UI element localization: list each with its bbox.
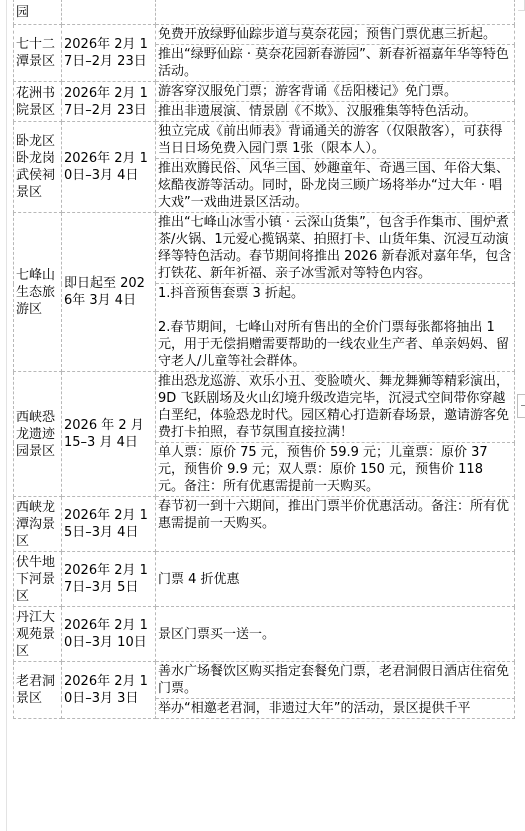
date-cell: 即日起至 2026年 3月 4日 [62, 213, 156, 372]
scenic-name-cell: 丹江大观苑景区 [14, 607, 62, 662]
activity-cell [156, 0, 515, 25]
scenic-promotions-table: 园 七十二潭景区 2026年 2月 17日–2月 23日 免费开放绿野仙踪步道与… [13, 0, 515, 719]
activity-cell: 善水广场餐饮区购买指定套餐免门票，老君洞假日酒店住宿免门票。 [156, 662, 515, 699]
date-cell: 2026年 2月 10日–3月 10日 [62, 607, 156, 662]
date-cell: 2026年 2月 17日–2月 23日 [62, 82, 156, 122]
page-side-handle[interactable] [517, 394, 525, 418]
scenic-name-cell: 老君洞景区 [14, 662, 62, 719]
activity-cell: 推出恐龙巡游、欢乐小丑、变脸喷火、舞龙舞狮等精彩演出，9D 飞跃剧场及火山幻境升… [156, 372, 515, 443]
activity-cell: 独立完成《前出师表》背诵通关的游客（仅限散客），可获得当日日场免费入园门票 1张… [156, 122, 515, 159]
activity-cell: 1.抖音预售套票 3 折起。 2.春节期间，七峰山对所有售出的全价门票每张都将抽… [156, 284, 515, 372]
activity-cell: 推出“绿野仙踪 · 莫奈花园新春游园”、新春祈福嘉年华等特色活动。 [156, 45, 515, 82]
table-row: 老君洞景区 2026年 2月 10日–3月 3日 善水广场餐饮区购买指定套餐免门… [14, 662, 515, 699]
table-row: 花洲书院景区 2026年 2月 17日–2月 23日 游客穿汉服免门票；游客背诵… [14, 82, 515, 102]
date-cell: 2026年 2月 17日–2月 23日 [62, 25, 156, 82]
table-row: 西峡龙潭沟景区 2026年 2月 15日–3月 4日 春节初一到十六期间，推出门… [14, 497, 515, 552]
table-row: 七十二潭景区 2026年 2月 17日–2月 23日 免费开放绿野仙踪步道与莫奈… [14, 25, 515, 45]
document-page: 园 七十二潭景区 2026年 2月 17日–2月 23日 免费开放绿野仙踪步道与… [0, 0, 525, 831]
scenic-name-cell: 卧龙区卧龙岗武侯祠景区 [14, 122, 62, 213]
scenic-name-cell: 七十二潭景区 [14, 25, 62, 82]
promo-line: 2.春节期间，七峰山对所有售出的全价门票每张都将抽出 1元，用于无偿捐赠需要帮助… [158, 320, 509, 369]
activity-cell: 推出欢腾民俗、风华三国、妙趣童年、奇遇三国、年俗大集、炫酷夜游等活动。同时，卧龙… [156, 159, 515, 213]
activity-cell: 景区门票买一送一。 [156, 607, 515, 662]
table-row: 伏牛地下河景区 2026年 2月 17日–3月 5日 门票 4 折优惠 [14, 552, 515, 607]
table-row: 园 [14, 0, 515, 25]
activity-cell: 春节初一到十六期间，推出门票半价优惠活动。备注：所有优惠需提前一天购买。 [156, 497, 515, 552]
table-row: 西峡恐龙遗迹园景区 2026 年 2 月 15–3 月 4日 推出恐龙巡游、欢乐… [14, 372, 515, 443]
promo-line: 1.抖音预售套票 3 折起。 [158, 286, 304, 301]
scenic-name-cell: 花洲书院景区 [14, 82, 62, 122]
activity-cell: 推出“七峰山冰雪小镇 · 云深山货集”，包含手作集市、围炉煮茶/火锅、1元爱心揽… [156, 213, 515, 284]
date-cell: 2026年 2月 15日–3月 4日 [62, 497, 156, 552]
page-corner-mark [518, 0, 525, 11]
activity-cell: 单人票：原价 75 元，预售价 59.9 元；儿童票：原价 37 元，预售价 9… [156, 443, 515, 497]
scenic-name-cell: 园 [14, 0, 62, 25]
table-row: 丹江大观苑景区 2026年 2月 10日–3月 10日 景区门票买一送一。 [14, 607, 515, 662]
date-cell: 2026年 2月 17日–3月 5日 [62, 552, 156, 607]
table-row: 卧龙区卧龙岗武侯祠景区 2026年 2月 10日–3月 4日 独立完成《前出师表… [14, 122, 515, 159]
scenic-name-cell: 西峡龙潭沟景区 [14, 497, 62, 552]
date-cell [62, 0, 156, 25]
paragraph-gap [158, 302, 512, 319]
date-cell: 2026年 2月 10日–3月 3日 [62, 662, 156, 719]
scenic-name-cell: 西峡恐龙遗迹园景区 [14, 372, 62, 497]
scenic-name-cell: 伏牛地下河景区 [14, 552, 62, 607]
scenic-name-cell: 七峰山生态旅游区 [14, 213, 62, 372]
activity-cell: 门票 4 折优惠 [156, 552, 515, 607]
activity-cell: 推出非遗展演、情景剧《不欺》、汉服雅集等特色活动。 [156, 102, 515, 122]
page-margin-line [6, 0, 7, 831]
date-cell: 2026 年 2 月 15–3 月 4日 [62, 372, 156, 497]
table-row: 七峰山生态旅游区 即日起至 2026年 3月 4日 推出“七峰山冰雪小镇 · 云… [14, 213, 515, 284]
date-cell: 2026年 2月 10日–3月 4日 [62, 122, 156, 213]
activity-cell: 举办“相邀老君洞，非遗过大年”的活动，景区提供千平 [156, 699, 515, 719]
activity-cell: 游客穿汉服免门票；游客背诵《岳阳楼记》免门票。 [156, 82, 515, 102]
activity-cell: 免费开放绿野仙踪步道与莫奈花园；预售门票优惠三折起。 [156, 25, 515, 45]
